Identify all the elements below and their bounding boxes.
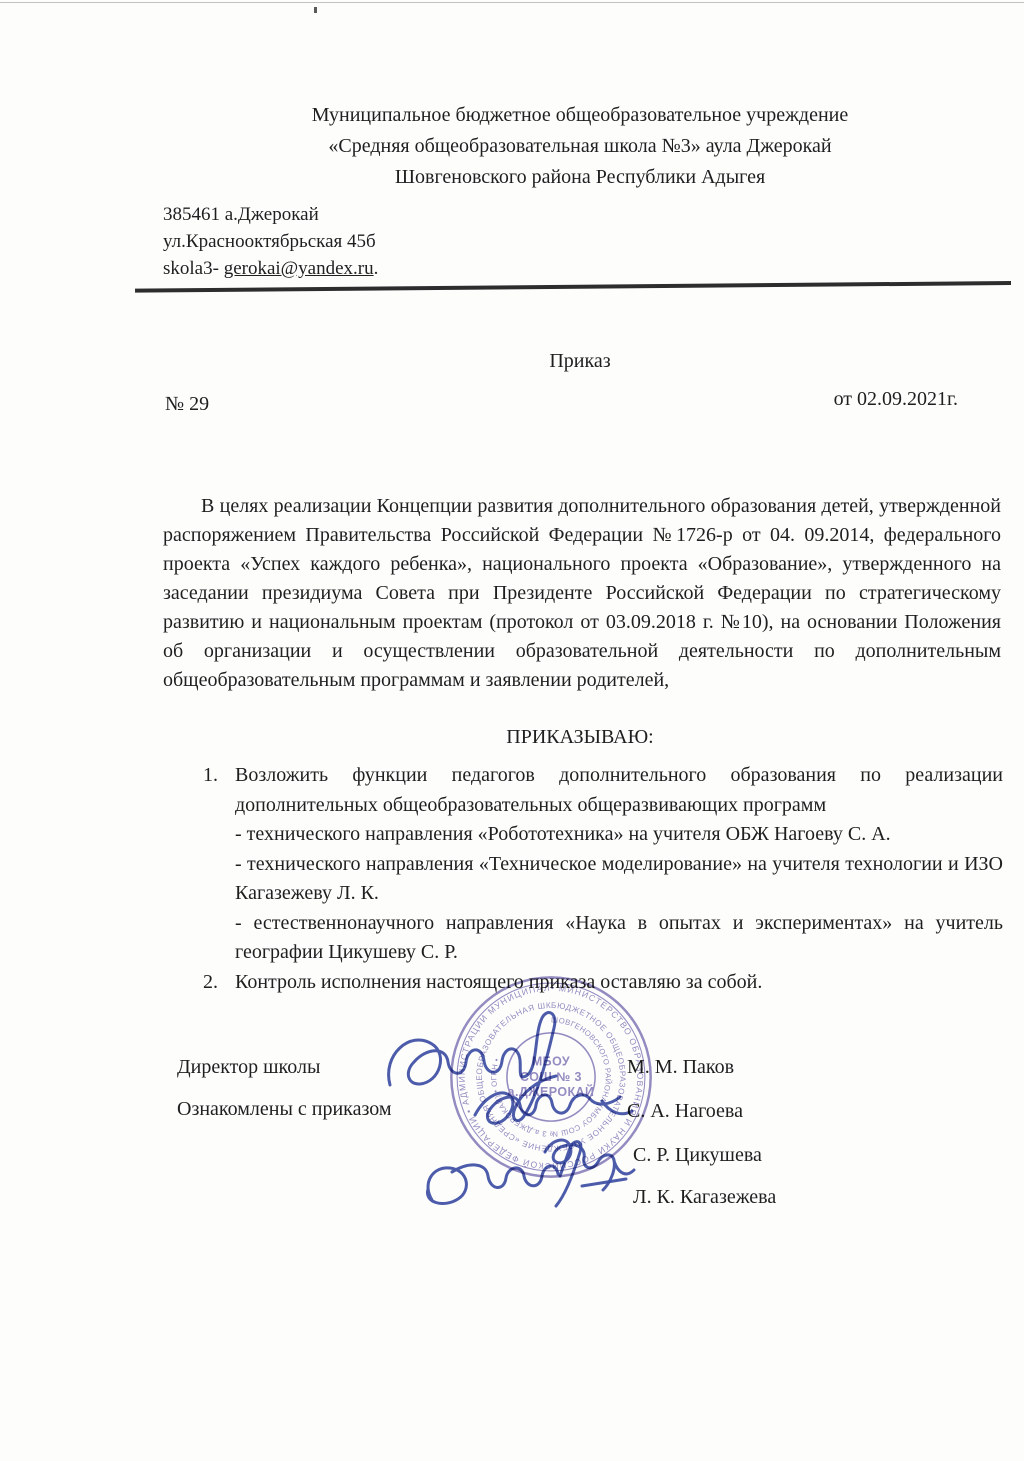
list-item: 1. Возложить функции педагогов дополните… — [203, 761, 1003, 968]
email-line: skola3- gerokai@yandex.ru. — [163, 255, 378, 282]
list-item-number: 1. — [203, 761, 235, 968]
organization-name-line1: Муниципальное бюджетное общеобразователь… — [150, 100, 1010, 131]
street-address: ул.Красноок­тябрьская 45б — [163, 228, 378, 255]
order-title: Приказ — [150, 350, 1010, 373]
director-label: Директор школы — [177, 1056, 320, 1079]
organization-name-line3: Шовгеновского района Республики Адыгея — [150, 162, 1010, 193]
order-date: от 02.09.2021г. — [834, 388, 958, 411]
email-prefix: skola3- — [163, 258, 224, 279]
list-item-body: Возложить функции педагогов дополнительн… — [235, 761, 1003, 968]
scanned-order-document: Муниципальное бюджетное общеобразователь… — [0, 0, 1024, 1461]
item1-sub-science: - естественнонаучного направления «Наука… — [235, 909, 1003, 968]
item1-sub-modeling: - технического направления «Техническое … — [235, 850, 1003, 909]
item1-intro: Возложить функции педагогов дополнительн… — [235, 761, 1003, 820]
tsikusheva-signature — [545, 1140, 634, 1190]
list-item-number: 2. — [203, 968, 235, 998]
director-signature — [389, 1013, 556, 1121]
item1-sub-robotics: - технического направления «Робототехник… — [235, 820, 1003, 850]
order-number: № 29 — [165, 393, 209, 416]
acknowledged-label: Ознакомлены с приказом — [177, 1098, 392, 1121]
header-divider-rule — [135, 281, 1011, 293]
contact-block: 385461 а.Джерокай ул.Красноок­тябрьская … — [163, 201, 378, 282]
handwritten-signatures — [370, 1000, 690, 1235]
signature-strokes — [389, 1013, 634, 1206]
kagazezheva-signature — [427, 1142, 626, 1206]
nagoeva-signature — [475, 1093, 632, 1123]
postal-address: 385461 а.Джерокай — [163, 201, 378, 228]
email-address: gerokai@yandex.ru — [224, 258, 374, 279]
scan-artifact-top-line — [0, 2, 1024, 3]
organization-header: Муниципальное бюджетное общеобразователь… — [150, 100, 1010, 193]
scan-artifact-dot — [314, 7, 317, 13]
email-suffix: . — [374, 258, 379, 279]
organization-name-line2: «Средняя общеобразовательная школа №3» а… — [150, 131, 1010, 162]
order-preamble: В целях реализации Концепции развития до… — [163, 492, 1001, 695]
resolution-word: ПРИКАЗЫВАЮ: — [150, 726, 1010, 749]
